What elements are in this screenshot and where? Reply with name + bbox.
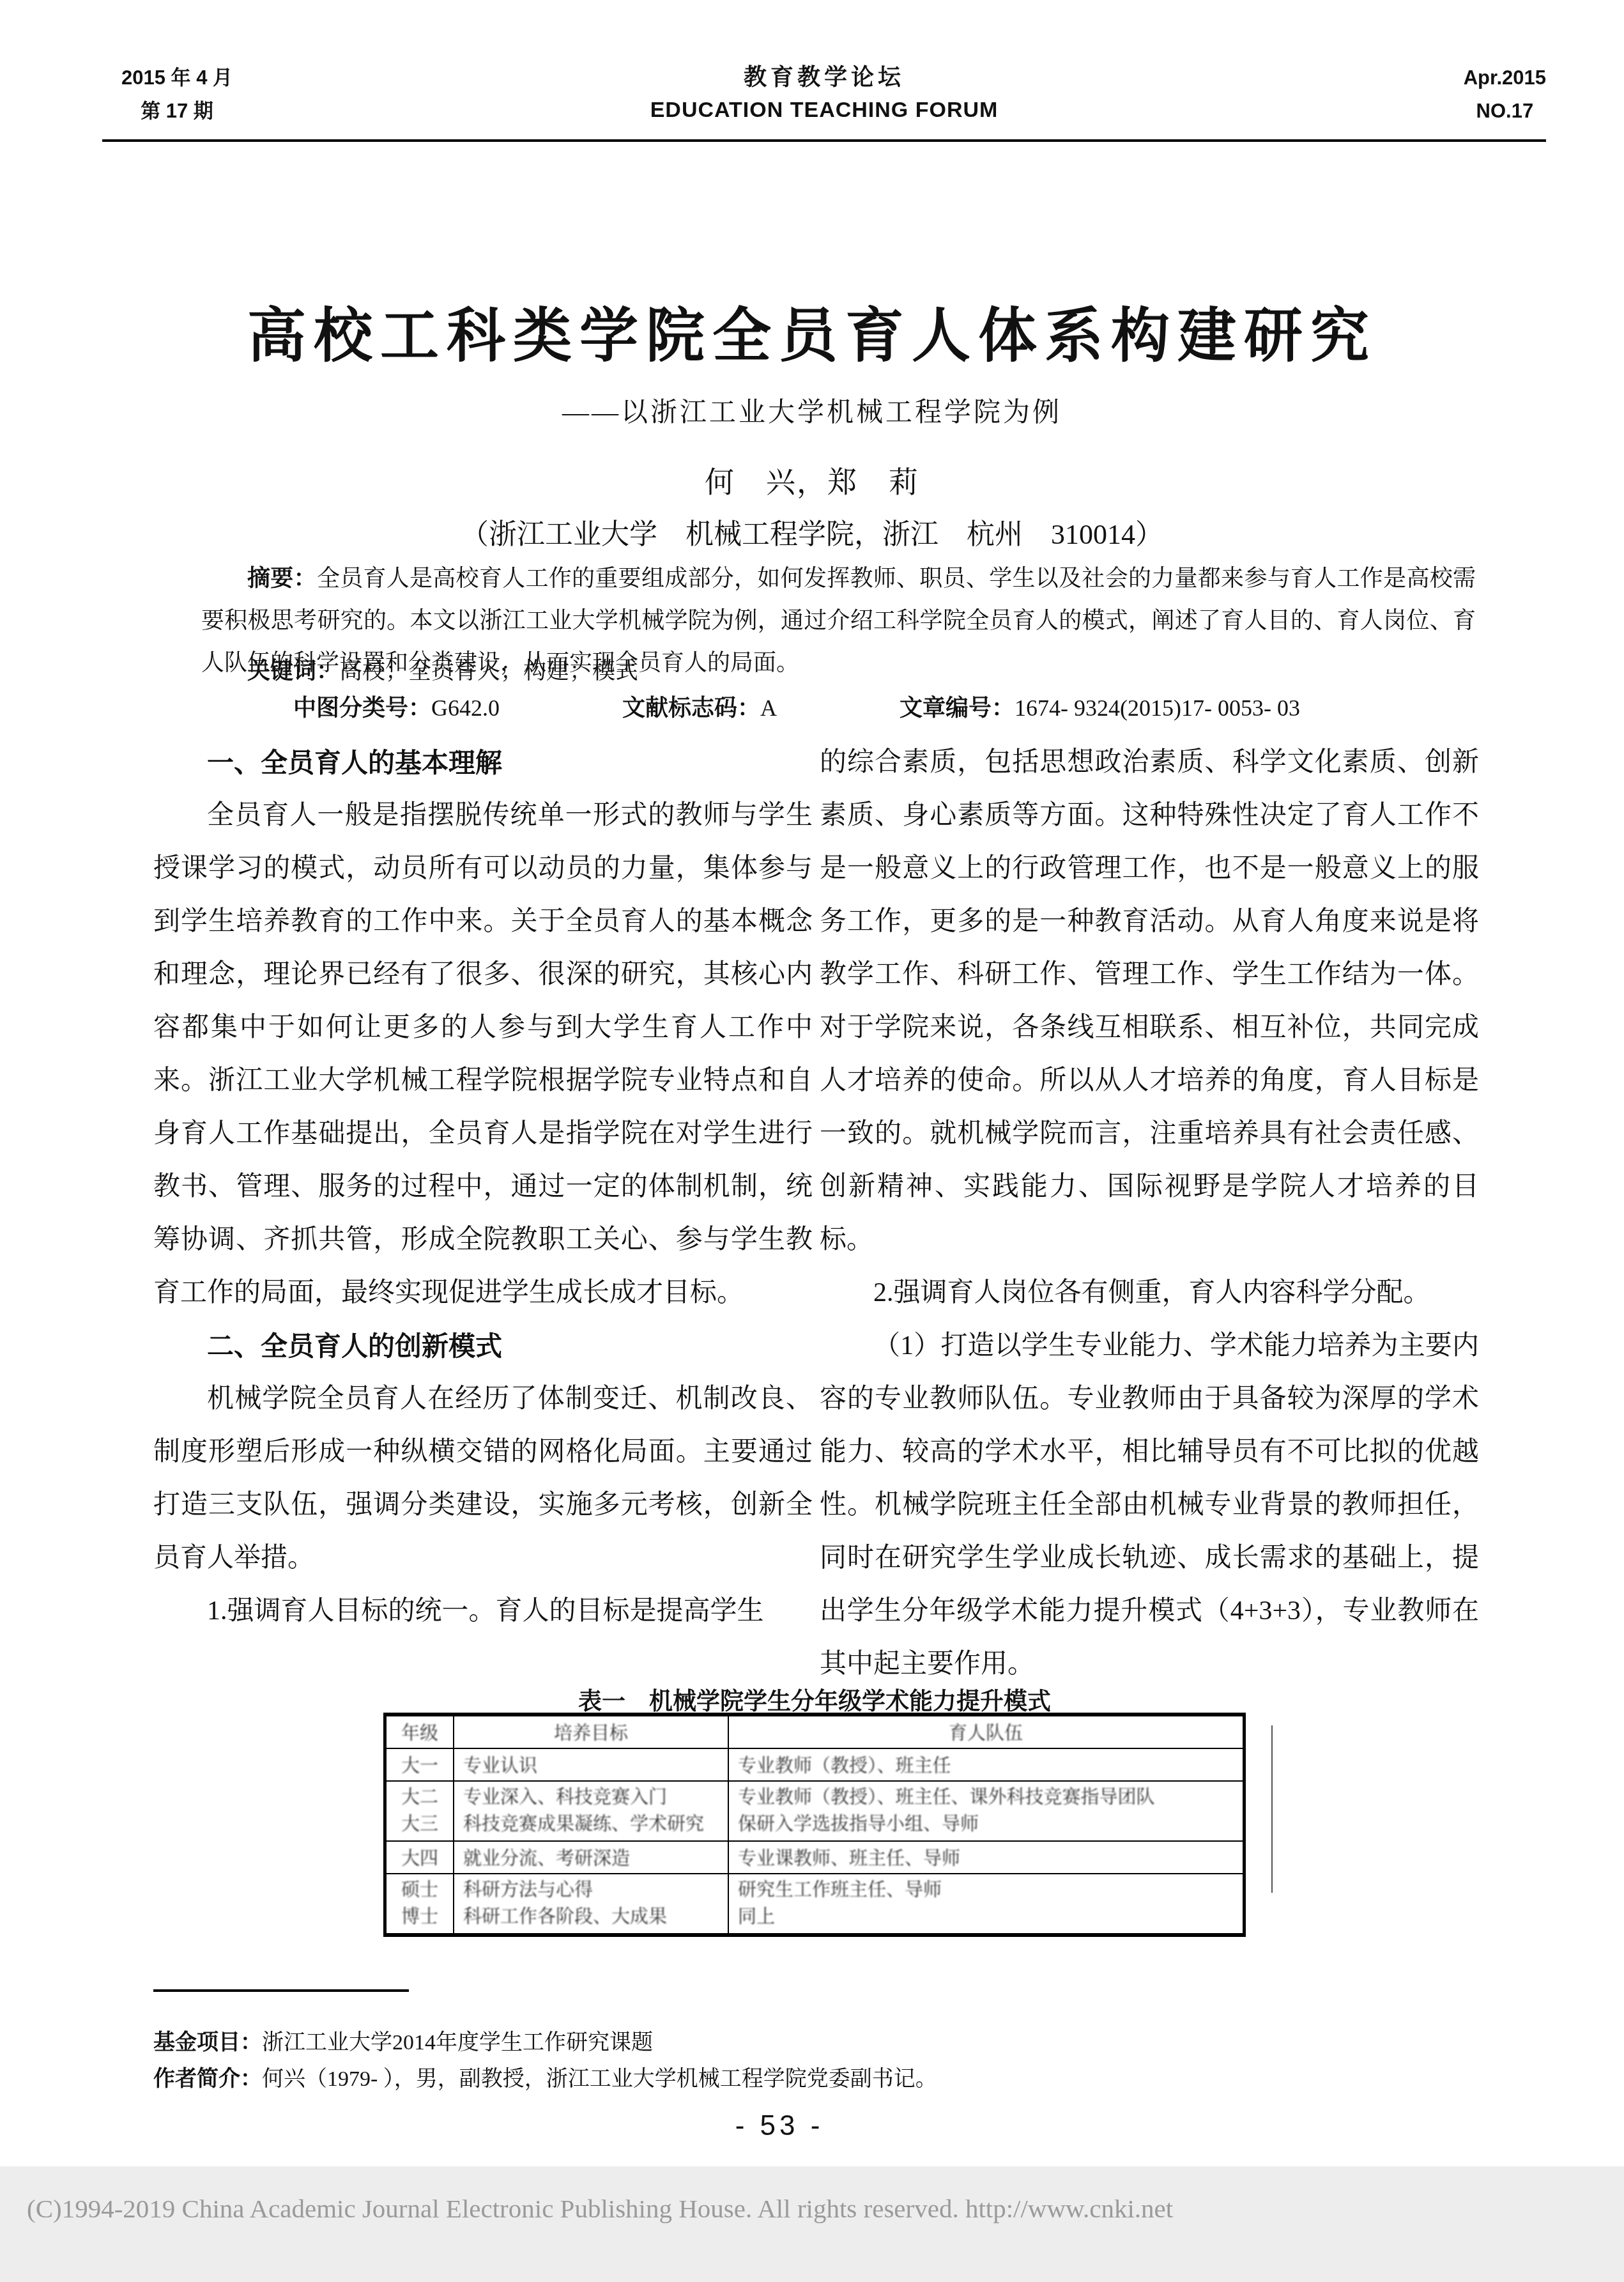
cell-line: 保研入学选拔指导小组、导师 <box>738 1811 1234 1838</box>
page-number: - 53 - <box>0 2110 1559 2142</box>
abstract-label: 摘要： <box>247 565 317 591</box>
clc-segment: 中图分类号：G642.0 <box>247 690 500 723</box>
clc-value: G642.0 <box>431 695 500 721</box>
keywords-line: 关键词：高校；全员育人；构建；模式 <box>201 653 1476 686</box>
table-row: 大二 大三 专业深入、科技竞赛入门 科技竞赛成果凝练、学术研究 专业教师（教授）… <box>385 1781 1245 1841</box>
author-text: 何兴（1979- ），男，副教授，浙江工业大学机械工程学院党委副书记。 <box>262 2067 937 2091</box>
cell-line: 专业教师（教授）、班主任、课外科技竞赛指导团队 <box>738 1784 1234 1811</box>
fund-text: 浙江工业大学2014年度学生工作研究课题 <box>262 2031 653 2055</box>
cell-goal: 专业认识 <box>454 1748 728 1781</box>
issue-date-en-block: Apr.2015 NO.17 <box>1464 61 1546 128</box>
cell-grade: 大一 <box>385 1748 454 1781</box>
affiliation: （浙江工业大学 机械工程学院，浙江 杭州 310014） <box>0 511 1624 552</box>
section-heading-2: 二、全员育人的创新模式 <box>153 1320 813 1373</box>
cell-line: 同上 <box>738 1904 1234 1931</box>
classification-line: 中图分类号：G642.0文献标志码：A文章编号：1674- 9324(2015)… <box>201 690 1476 723</box>
table-header-goal: 培养目标 <box>454 1715 728 1748</box>
issue-number-en: NO.17 <box>1464 95 1546 128</box>
paragraph: 全员育人一般是指摆脱传统单一形式的教师与学生授课学习的模式，动员所有可以动员的力… <box>153 789 813 1320</box>
paragraph: （1）打造以学生专业能力、学术能力培养为主要内容的专业教师队伍。专业教师由于具备… <box>820 1320 1479 1691</box>
keywords-text: 高校；全员育人；构建；模式 <box>339 658 638 684</box>
section-heading-1: 一、全员育人的基本理解 <box>153 736 813 789</box>
cell-line: 专业深入、科技竞赛入门 <box>463 1784 719 1811</box>
article-id-label: 文章编号： <box>900 695 1015 721</box>
footnote-rule <box>153 1989 409 1992</box>
fund-note: 基金项目：浙江工业大学2014年度学生工作研究课题 <box>153 2024 1239 2061</box>
cell-line: 大二 <box>390 1784 449 1811</box>
article-id-segment: 文章编号：1674- 9324(2015)17- 0053- 03 <box>854 690 1300 723</box>
paragraph: 机械学院全员育人在经历了体制变迁、机制改良、制度形塑后形成一种纵横交错的网格化局… <box>153 1373 813 1585</box>
paragraph: 的综合素质，包括思想政治素质、科学文化素质、创新素质、身心素质等方面。这种特殊性… <box>820 736 1479 1267</box>
cell-goal: 专业深入、科技竞赛入门 科技竞赛成果凝练、学术研究 <box>454 1781 728 1841</box>
article-subtitle: ——以浙江工业大学机械工程学院为例 <box>0 391 1624 429</box>
body-column-left: 一、全员育人的基本理解 全员育人一般是指摆脱传统单一形式的教师与学生授课学习的模… <box>153 736 813 1638</box>
cell-goal: 科研方法与心得 科研工作各阶段、大成果 <box>454 1874 728 1935</box>
journal-page: 2015 年 4 月 第 17 期 教育教学论坛 EDUCATION TEACH… <box>0 0 1624 2282</box>
table-header-team: 育人队伍 <box>728 1715 1245 1748</box>
cell-grade: 大二 大三 <box>385 1781 454 1841</box>
doc-code-value: A <box>760 695 777 721</box>
table-header-grade: 年级 <box>385 1715 454 1748</box>
cell-line: 科技竞赛成果凝练、学术研究 <box>463 1811 719 1838</box>
paragraph: 1.强调育人目标的统一。育人的目标是提高学生 <box>153 1585 813 1638</box>
cell-team: 专业课教师、班主任、导师 <box>728 1841 1245 1874</box>
header-rule <box>102 139 1546 142</box>
article-id-value: 1674- 9324(2015)17- 0053- 03 <box>1015 695 1300 721</box>
table-row: 大一 专业认识 专业教师（教授）、班主任 <box>385 1748 1245 1781</box>
footnotes: 基金项目：浙江工业大学2014年度学生工作研究课题 作者简介：何兴（1979- … <box>153 2024 1239 2097</box>
journal-header: 2015 年 4 月 第 17 期 教育教学论坛 EDUCATION TEACH… <box>102 61 1546 132</box>
table-row: 大四 就业分流、考研深造 专业课教师、班主任、导师 <box>385 1841 1245 1874</box>
keywords-label: 关键词： <box>247 658 339 684</box>
cell-team: 专业教师（教授）、班主任 <box>728 1748 1245 1781</box>
doc-code-segment: 文献标志码：A <box>576 690 777 723</box>
copyright-text: (C)1994-2019 China Academic Journal Elec… <box>27 2193 1598 2224</box>
cell-grade: 大四 <box>385 1841 454 1874</box>
table-row: 硕士 博士 科研方法与心得 科研工作各阶段、大成果 研究生工作班主任、导师 同上 <box>385 1874 1245 1935</box>
cell-grade: 硕士 博士 <box>385 1874 454 1935</box>
authors: 何 兴，郑 莉 <box>0 459 1624 501</box>
cell-line: 研究生工作班主任、导师 <box>738 1877 1234 1904</box>
author-label: 作者简介： <box>153 2067 262 2091</box>
issue-date-en: Apr.2015 <box>1464 61 1546 95</box>
cell-team: 研究生工作班主任、导师 同上 <box>728 1874 1245 1935</box>
clc-label: 中图分类号： <box>293 695 431 721</box>
cell-team: 专业教师（教授）、班主任、课外科技竞赛指导团队 保研入学选拔指导小组、导师 <box>728 1781 1245 1841</box>
cell-line: 博士 <box>390 1904 449 1931</box>
doc-code-label: 文献标志码： <box>622 695 760 721</box>
grade-model-table: 年级 培养目标 育人队伍 大一 专业认识 专业教师（教授）、班主任 大二 大三 … <box>383 1713 1246 1937</box>
cell-line: 科研方法与心得 <box>463 1877 719 1904</box>
scan-artifact-rule <box>1271 1725 1273 1893</box>
body-column-right: 的综合素质，包括思想政治素质、科学文化素质、创新素质、身心素质等方面。这种特殊性… <box>820 736 1479 1691</box>
cell-line: 硕士 <box>390 1877 449 1904</box>
journal-title-block: 教育教学论坛 EDUCATION TEACHING FORUM <box>102 61 1546 127</box>
author-note: 作者简介：何兴（1979- ），男，副教授，浙江工业大学机械工程学院党委副书记。 <box>153 2061 1239 2097</box>
cell-goal: 就业分流、考研深造 <box>454 1841 728 1874</box>
article-title: 高校工科类学院全员育人体系构建研究 <box>0 289 1624 373</box>
cell-line: 科研工作各阶段、大成果 <box>463 1904 719 1931</box>
paragraph: 2.强调育人岗位各有侧重，育人内容科学分配。 <box>820 1267 1479 1320</box>
fund-label: 基金项目： <box>153 2030 262 2055</box>
table-caption: 表一 机械学院学生分年级学术能力提升模式 <box>383 1682 1246 1716</box>
copyright-band <box>0 2166 1624 2282</box>
table-header-row: 年级 培养目标 育人队伍 <box>385 1715 1245 1748</box>
journal-title-en: EDUCATION TEACHING FORUM <box>102 93 1546 127</box>
cell-line: 大三 <box>390 1811 449 1838</box>
journal-title-cn: 教育教学论坛 <box>102 61 1546 93</box>
